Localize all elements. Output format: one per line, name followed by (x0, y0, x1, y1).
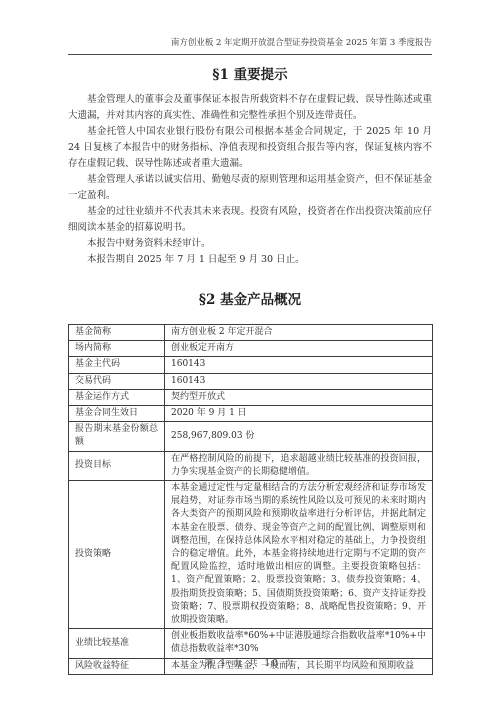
row-label: 基金合同生效日 (69, 406, 165, 422)
row-label: 交易代码 (69, 373, 165, 389)
row-value: 160143 (165, 373, 433, 389)
row-label: 业绩比较基准 (69, 629, 165, 658)
table-row: 场内简称 创业板定开南方 (69, 341, 433, 357)
row-value: 本基金通过定性与定量相结合的方法分析宏观经济和证券市场发展趋势，对证券市场当期的… (165, 481, 433, 629)
row-label: 投资策略 (69, 481, 165, 629)
row-label: 报告期末基金份额总额 (69, 422, 165, 451)
row-label: 投资目标 (69, 451, 165, 480)
fund-overview-table: 基金简称 南方创业板 2 年定开混合 场内简称 创业板定开南方 基金主代码 16… (68, 324, 433, 675)
table-row: 基金主代码 160143 (69, 357, 433, 373)
row-value: 2020 年 9 月 1 日 (165, 406, 433, 422)
row-value: 258,967,809.03 份 (165, 422, 433, 451)
notice-paragraph: 本报告中财务资料未经审计。 (68, 236, 432, 252)
notice-paragraph: 基金管理人的董事会及董事保证本报告所载资料不存在虚假记载、误导性陈述或重大遗漏，… (68, 92, 432, 124)
table-row: 基金合同生效日 2020 年 9 月 1 日 (69, 406, 433, 422)
row-value: 南方创业板 2 年定开混合 (165, 325, 433, 341)
row-label: 场内简称 (69, 341, 165, 357)
notice-paragraph: 基金管理人承诺以诚实信用、勤勉尽责的原则管理和运用基金资产，但不保证基金一定盈利… (68, 172, 432, 204)
table-row: 业绩比较基准 创业板指数收益率*60%+中证港股通综合指数收益率*10%+中债总… (69, 629, 433, 658)
table-row: 投资目标 在严格控制风险的前提下，追求超越业绩比较基准的投资回报，力争实现基金资… (69, 451, 433, 480)
report-page: 南方创业板 2 年定期开放混合型证券投资基金 2025 年第 3 季度报告 §1… (0, 0, 500, 707)
section1-heading: §1 重要提示 (68, 66, 432, 84)
notice-paragraph: 基金的过往业绩并不代表其未来表现。投资有风险，投资者在作出投资决策前应仔细阅读本… (68, 204, 432, 236)
notice-paragraph: 基金托管人中国农业银行股份有限公司根据本基金合同规定，于 2025 年 10 月… (68, 124, 432, 172)
row-label: 基金运作方式 (69, 389, 165, 405)
row-value: 在严格控制风险的前提下，追求超越业绩比较基准的投资回报，力争实现基金资产的长期稳… (165, 451, 433, 480)
page-footer: 第 1 页 共 10 页 (0, 656, 500, 669)
section2-heading: §2 基金产品概况 (68, 291, 432, 309)
running-header: 南方创业板 2 年定期开放混合型证券投资基金 2025 年第 3 季度报告 (68, 0, 432, 55)
row-value: 160143 (165, 357, 433, 373)
row-label: 基金主代码 (69, 357, 165, 373)
row-value: 创业板定开南方 (165, 341, 433, 357)
notice-paragraph: 本报告期自 2025 年 7 月 1 日起至 9 月 30 日止。 (68, 252, 432, 268)
running-header-title: 南方创业板 2 年定期开放混合型证券投资基金 2025 年第 3 季度报告 (171, 38, 432, 48)
table-row: 交易代码 160143 (69, 373, 433, 389)
table-row: 基金简称 南方创业板 2 年定开混合 (69, 325, 433, 341)
table-row: 基金运作方式 契约型开放式 (69, 389, 433, 405)
row-value: 创业板指数收益率*60%+中证港股通综合指数收益率*10%+中债总指数收益率*3… (165, 629, 433, 658)
table-row: 报告期末基金份额总额 258,967,809.03 份 (69, 422, 433, 451)
table-row: 投资策略 本基金通过定性与定量相结合的方法分析宏观经济和证券市场发展趋势，对证券… (69, 481, 433, 629)
row-value: 契约型开放式 (165, 389, 433, 405)
report-content: 南方创业板 2 年定期开放混合型证券投资基金 2025 年第 3 季度报告 §1… (68, 0, 432, 675)
row-label: 基金简称 (69, 325, 165, 341)
